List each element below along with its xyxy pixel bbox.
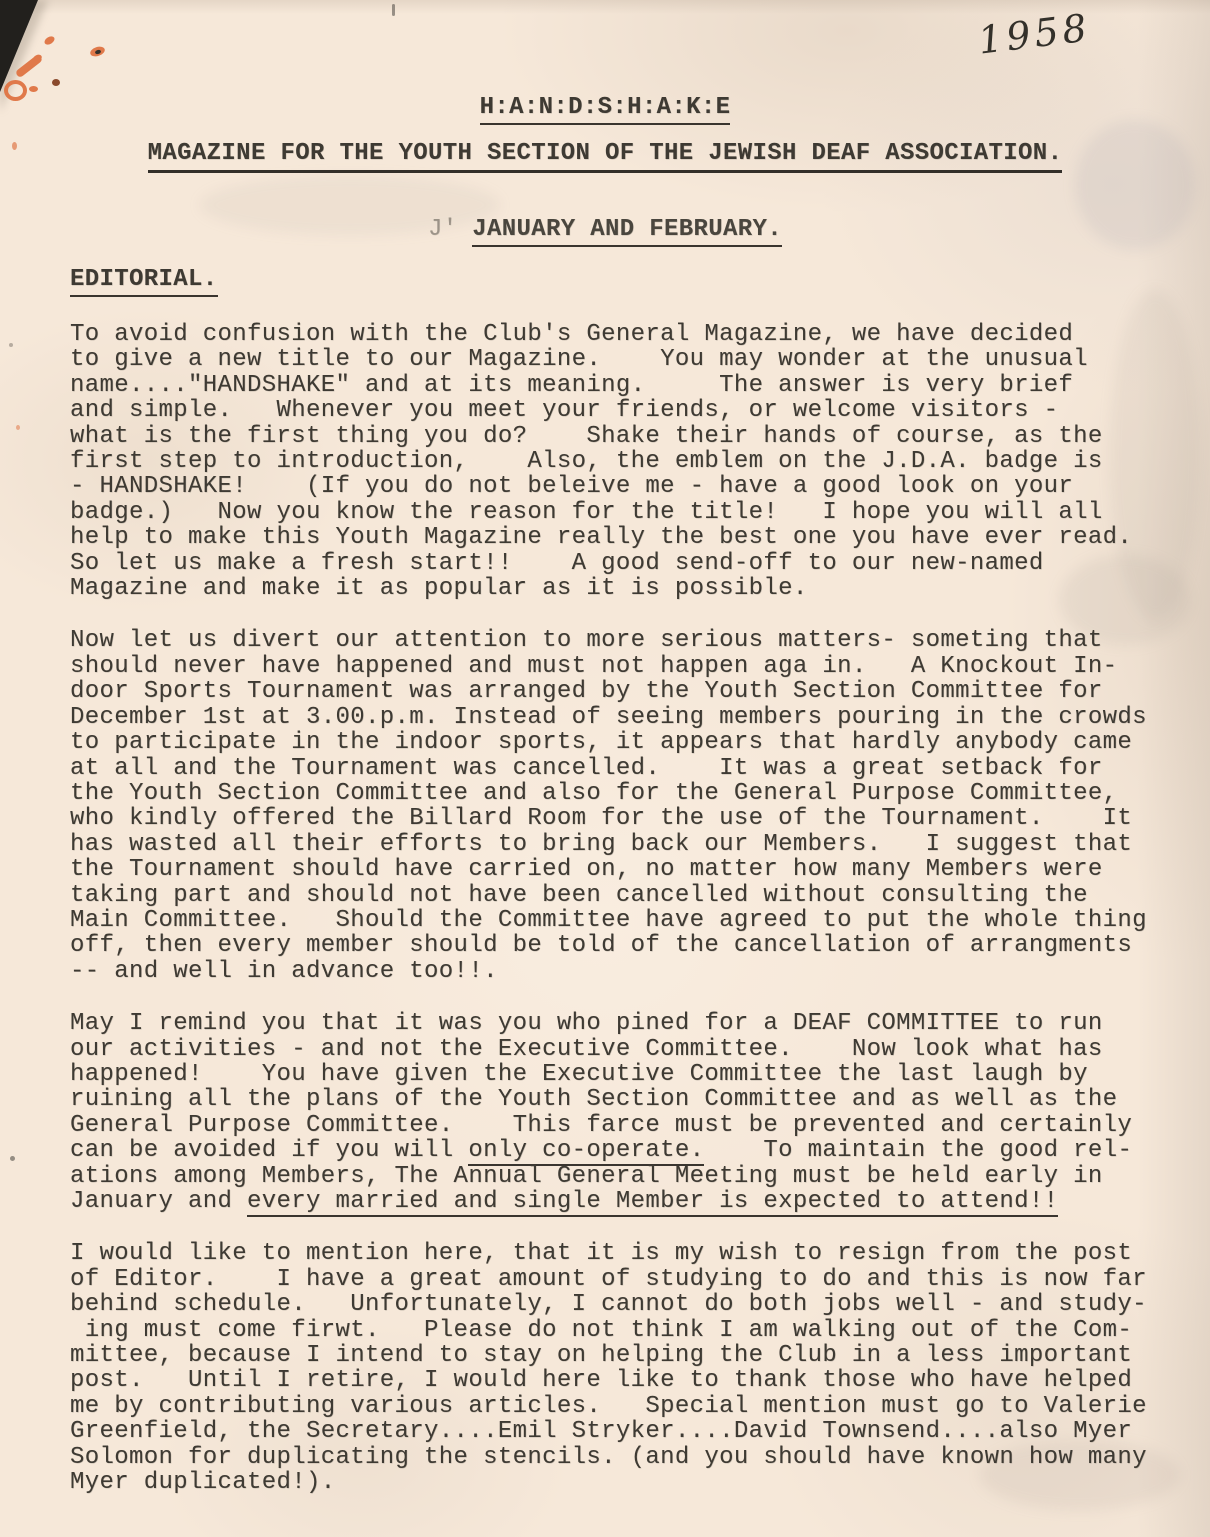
- magazine-title: H:A:N:D:S:H:A:K:E: [480, 94, 731, 125]
- paragraph: To avoid confusion with the Club's Gener…: [70, 322, 1200, 601]
- page-corner-cut: [0, 0, 38, 92]
- text-run: Now let us divert our attention to more …: [70, 627, 1147, 984]
- text-run: I would like to mention here, that it is…: [70, 1240, 1147, 1496]
- rust-stain: [29, 86, 38, 92]
- paragraph: May I remind you that it was you who pin…: [70, 1011, 1200, 1214]
- ink-speck: [9, 343, 13, 347]
- rust-stain: [52, 79, 60, 86]
- rust-stain: [16, 425, 20, 430]
- masthead: H:A:N:D:S:H:A:K:E: [0, 94, 1210, 121]
- stray-typed-mark: J': [428, 216, 458, 243]
- text-run: To avoid confusion with the Club's Gener…: [70, 321, 1132, 602]
- underlined-phrase: every married and single Member is expec…: [247, 1188, 1058, 1217]
- editorial-body: To avoid confusion with the Club's Gener…: [70, 322, 1200, 1522]
- section-heading: EDITORIAL.: [70, 266, 218, 297]
- magazine-subtitle: MAGAZINE FOR THE YOUTH SECTION OF THE JE…: [148, 140, 1063, 173]
- handwritten-year: 1958: [976, 5, 1093, 62]
- issue-row: J' JANUARY AND FEBRUARY.: [0, 216, 1210, 243]
- paragraph: Now let us divert our attention to more …: [70, 628, 1200, 984]
- section-heading-row: EDITORIAL.: [70, 266, 218, 293]
- masthead-subtitle-row: MAGAZINE FOR THE YOUTH SECTION OF THE JE…: [0, 140, 1210, 167]
- document-page: 1958 H:A:N:D:S:H:A:K:E MAGAZINE FOR THE …: [0, 0, 1210, 1537]
- ink-speck: [10, 1156, 15, 1161]
- ink-speck: [392, 4, 395, 16]
- paragraph: I would like to mention here, that it is…: [70, 1241, 1200, 1495]
- issue-title: JANUARY AND FEBRUARY.: [472, 216, 782, 247]
